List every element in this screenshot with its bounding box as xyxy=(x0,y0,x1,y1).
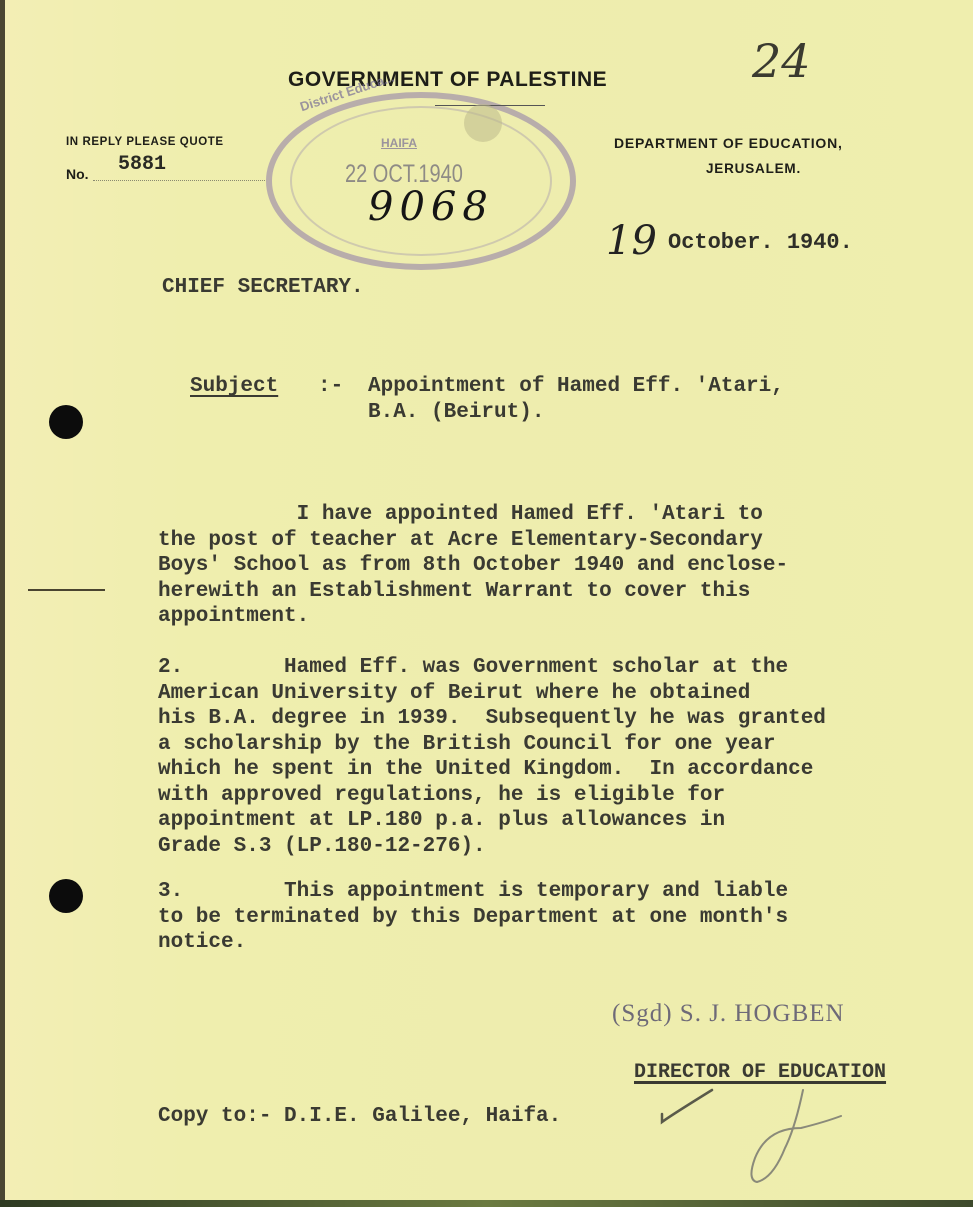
paragraph-line: with approved regulations, he is eligibl… xyxy=(158,783,826,809)
punch-hole-icon xyxy=(49,405,83,439)
reference-number: 5881 xyxy=(118,153,166,176)
paragraph-line: herewith an Establishment Warrant to cov… xyxy=(158,579,788,605)
paragraph-line: which he spent in the United Kingdom. In… xyxy=(158,757,826,783)
paragraph-line: a scholarship by the British Council for… xyxy=(158,732,826,758)
paragraph-line: Grade S.3 (LP.180-12-276). xyxy=(158,834,826,860)
margin-fold-mark xyxy=(28,589,105,591)
stamp-handwritten-number: 9068 xyxy=(368,184,494,230)
date-day-handwritten: 19 xyxy=(606,218,657,264)
signatory-title: DIRECTOR OF EDUCATION xyxy=(634,1060,886,1086)
handwritten-initial-icon xyxy=(745,1088,855,1188)
paragraph-line: to be terminated by this Department at o… xyxy=(158,905,788,931)
subject-separator: :- xyxy=(318,374,343,400)
stamp-seal-icon xyxy=(464,104,502,142)
body-paragraph-1: I have appointed Hamed Eff. 'Atari to th… xyxy=(158,502,788,630)
stamp-city: HAIFA xyxy=(381,136,417,150)
signatory-name: (Sgd) S. J. HOGBEN xyxy=(612,1000,845,1028)
paragraph-line: appointment at LP.180 p.a. plus allowanc… xyxy=(158,808,826,834)
addressee: CHIEF SECRETARY. xyxy=(162,275,364,301)
checkmark-icon xyxy=(658,1086,718,1130)
department-city: JERUSALEM. xyxy=(706,161,801,176)
page-bottom-edge xyxy=(0,1200,973,1207)
reply-quote-label: IN REPLY PLEASE QUOTE xyxy=(66,136,224,148)
reference-dotted-line xyxy=(93,180,265,181)
body-paragraph-3: 3. This appointment is temporary and lia… xyxy=(158,879,788,956)
punch-hole-icon xyxy=(49,879,83,913)
page-left-edge xyxy=(0,0,5,1207)
paragraph-line: Boys' School as from 8th October 1940 an… xyxy=(158,553,788,579)
subject-label: Subject xyxy=(190,374,278,400)
paragraph-line: his B.A. degree in 1939. Subsequently he… xyxy=(158,706,826,732)
letter-date: October. 1940. xyxy=(668,230,853,256)
paragraph-line: the post of teacher at Acre Elementary-S… xyxy=(158,528,788,554)
department-name: DEPARTMENT OF EDUCATION, xyxy=(614,135,843,151)
subject-line-1: Appointment of Hamed Eff. 'Atari, xyxy=(368,374,784,400)
paragraph-line: American University of Beirut where he o… xyxy=(158,681,826,707)
body-paragraph-2: 2. Hamed Eff. was Government scholar at … xyxy=(158,655,826,859)
paragraph-line: 3. This appointment is temporary and lia… xyxy=(158,879,788,905)
paragraph-line: I have appointed Hamed Eff. 'Atari to xyxy=(158,502,788,528)
paragraph-line: notice. xyxy=(158,930,788,956)
paragraph-line: 2. Hamed Eff. was Government scholar at … xyxy=(158,655,826,681)
reference-no-label: No. xyxy=(66,166,89,182)
copy-to-line: Copy to:- D.I.E. Galilee, Haifa. xyxy=(158,1104,561,1130)
paragraph-line: appointment. xyxy=(158,604,788,630)
subject-line-2: B.A. (Beirut). xyxy=(368,400,544,426)
folio-number: 24 xyxy=(752,34,811,88)
